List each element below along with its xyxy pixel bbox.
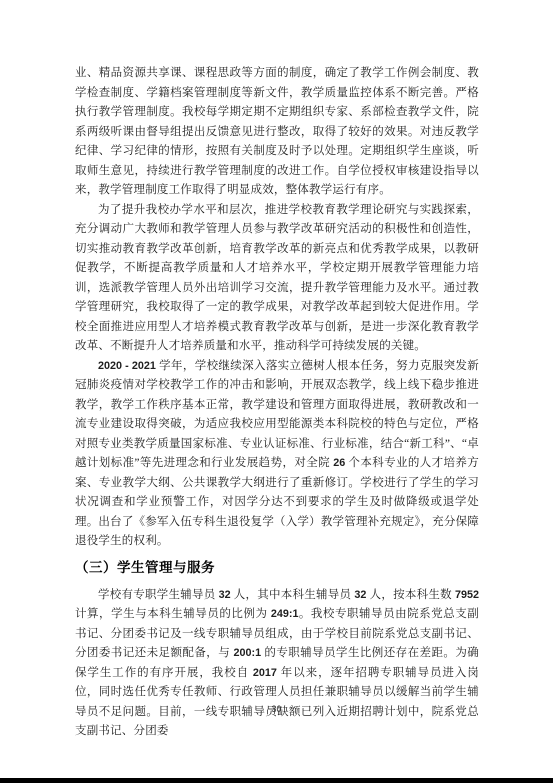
page-number: 30 [0,704,553,714]
paragraph: 2020 - 2021 学年，学校继续深入落实立德树人根本任务，努力克服突发新冠… [75,357,479,552]
paragraph: 业、精品资源共享课、课程思政等方面的制度，确定了教学工作例会制度、教学检查制度、… [75,64,479,201]
number-run: 200:1 [233,647,261,659]
page-body: 业、精品资源共享课、课程思政等方面的制度，确定了教学工作例会制度、教学检查制度、… [75,64,479,742]
number-run: 26 [333,457,345,469]
text-run: 学校有专职学生辅导员 [98,589,219,601]
section-body-bottom: 学校有专职学生辅导员 32 人，其中本科生辅导员 32 人，按本科生数 7952… [75,586,479,742]
text-run: 学年，学校继续深入落实立德树人根本任务，努力克服突发新冠肺炎疫情对学校教学工作的… [75,360,479,470]
paragraph: 学校有专职学生辅导员 32 人，其中本科生辅导员 32 人，按本科生数 7952… [75,586,479,742]
text-run: 计算，学生与本科生辅导员的比例为 [75,608,271,620]
number-run: 249:1 [271,608,299,620]
text-run: 个本科专业的人才培养方案、专业教学大纲、公共课教学大纲进行了重新修订。学校进行了… [75,457,479,547]
document-page: 业、精品资源共享课、课程思政等方面的制度，确定了教学工作例会制度、教学检查制度、… [0,0,553,783]
text-run: 业、精品资源共享课、课程思政等方面的制度，确定了教学工作例会制度、教学检查制度、… [75,67,479,196]
page-bottom-edge-line [0,778,553,783]
text-run: 人，按本科生数 [366,589,455,601]
number-run: 2017 [253,667,277,679]
number-run: 32 [219,589,231,601]
number-run: 7952 [455,589,479,601]
paragraph: 为了提升我校办学水平和层次，推进学校教育教学理论研究与实践探索，充分调动广大教师… [75,201,479,357]
number-run: 2020 - 2021 [98,360,156,372]
text-run: 人，其中本科生辅导员 [231,589,355,601]
number-run: 32 [354,589,366,601]
section-body-top: 业、精品资源共享课、课程思政等方面的制度，确定了教学工作例会制度、教学检查制度、… [75,64,479,552]
text-run: 为了提升我校办学水平和层次，推进学校教育教学理论研究与实践探索，充分调动广大教师… [75,204,479,353]
section-heading: （三）学生管理与服务 [75,558,479,578]
